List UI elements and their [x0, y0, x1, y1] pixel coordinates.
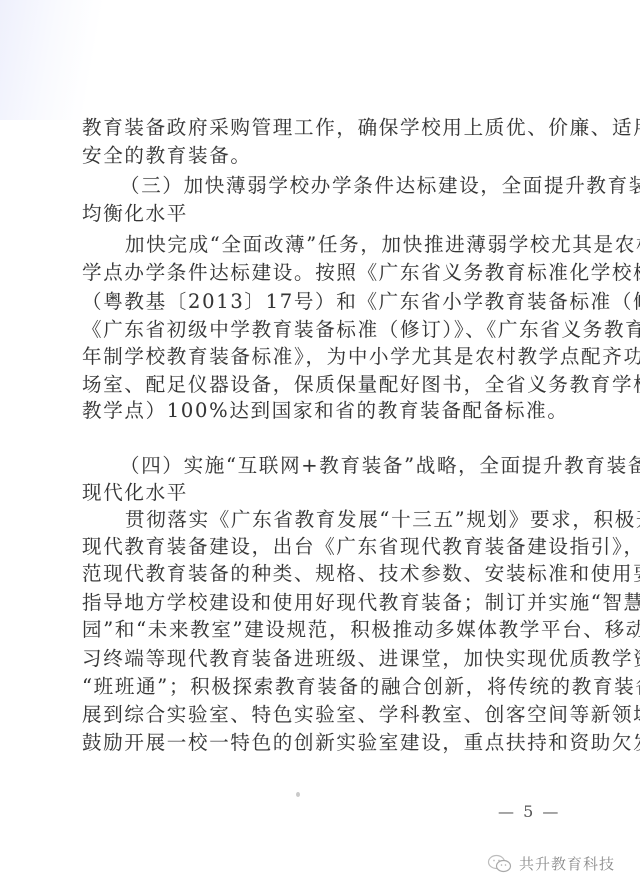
- body-line: 教育装备政府采购管理工作，确保学校用上质优、价廉、适用、: [82, 117, 560, 139]
- body-line: 教学点）100%达到国家和省的教育装备配备标准。: [82, 400, 560, 422]
- body-line: 范现代教育装备的种类、规格、技术参数、安装标准和使用要求，: [82, 563, 560, 585]
- section-heading-4-cont: 现代化水平: [82, 482, 560, 504]
- scan-artifact: [296, 792, 300, 797]
- watermark-text: 共升教育科技: [519, 853, 615, 874]
- document-page: 教育装备政府采购管理工作，确保学校用上质优、价廉、适用、 安全的教育装备。 （三…: [0, 0, 640, 896]
- body-line: 鼓励开展一校一特色的创新实验室建设，重点扶持和资助欠发达: [82, 732, 560, 754]
- body-line: 《广东省初级中学教育装备标准（修订）》、《广东省义务教育九: [82, 319, 560, 341]
- body-line: （粤教基〔2013〕17号）和《广东省小学教育装备标准（修订）》、: [82, 291, 560, 313]
- page-number: — 5 —: [498, 802, 560, 821]
- section-heading-3: （三）加快薄弱学校办学条件达标建设，全面提升教育装备: [120, 175, 598, 197]
- body-line: 现代教育装备建设，出台《广东省现代教育装备建设指引》，规: [82, 536, 560, 558]
- body-line: 习终端等现代教育装备进班级、进课堂，加快实现优质教学资源: [82, 648, 560, 670]
- body-line: 园”和“未来教室”建设规范，积极推动多媒体教学平台、移动学: [82, 619, 560, 641]
- paragraph-start: 贯彻落实《广东省教育发展“十三五”规划》要求，积极开展: [125, 509, 560, 531]
- body-line: “班班通”；积极探索教育装备的融合创新，将传统的教育装备扩: [82, 676, 560, 698]
- paragraph-start: 加快完成“全面改薄”任务，加快推进薄弱学校尤其是农村教: [125, 234, 560, 256]
- body-line: 学点办学条件达标建设。按照《广东省义务教育标准化学校标准》: [82, 262, 560, 284]
- wechat-icon: [487, 854, 513, 874]
- body-line: 安全的教育装备。: [82, 145, 560, 167]
- body-line: 年制学校教育装备标准》，为中小学尤其是农村教学点配齐功能: [82, 346, 560, 368]
- body-line: 场室、配足仪器设备，保质保量配好图书，全省义务教育学校（含: [82, 374, 560, 396]
- body-line: 展到综合实验室、特色实验室、学科教室、创客空间等新领域；: [82, 704, 560, 726]
- section-heading-4: （四）实施“互联网+教育装备”战略，全面提升教育装备: [120, 455, 598, 477]
- watermark: 共升教育科技: [487, 853, 615, 874]
- body-line: 指导地方学校建设和使用好现代教育装备；制订并实施“智慧校: [82, 592, 560, 614]
- section-heading-3-cont: 均衡化水平: [82, 203, 560, 225]
